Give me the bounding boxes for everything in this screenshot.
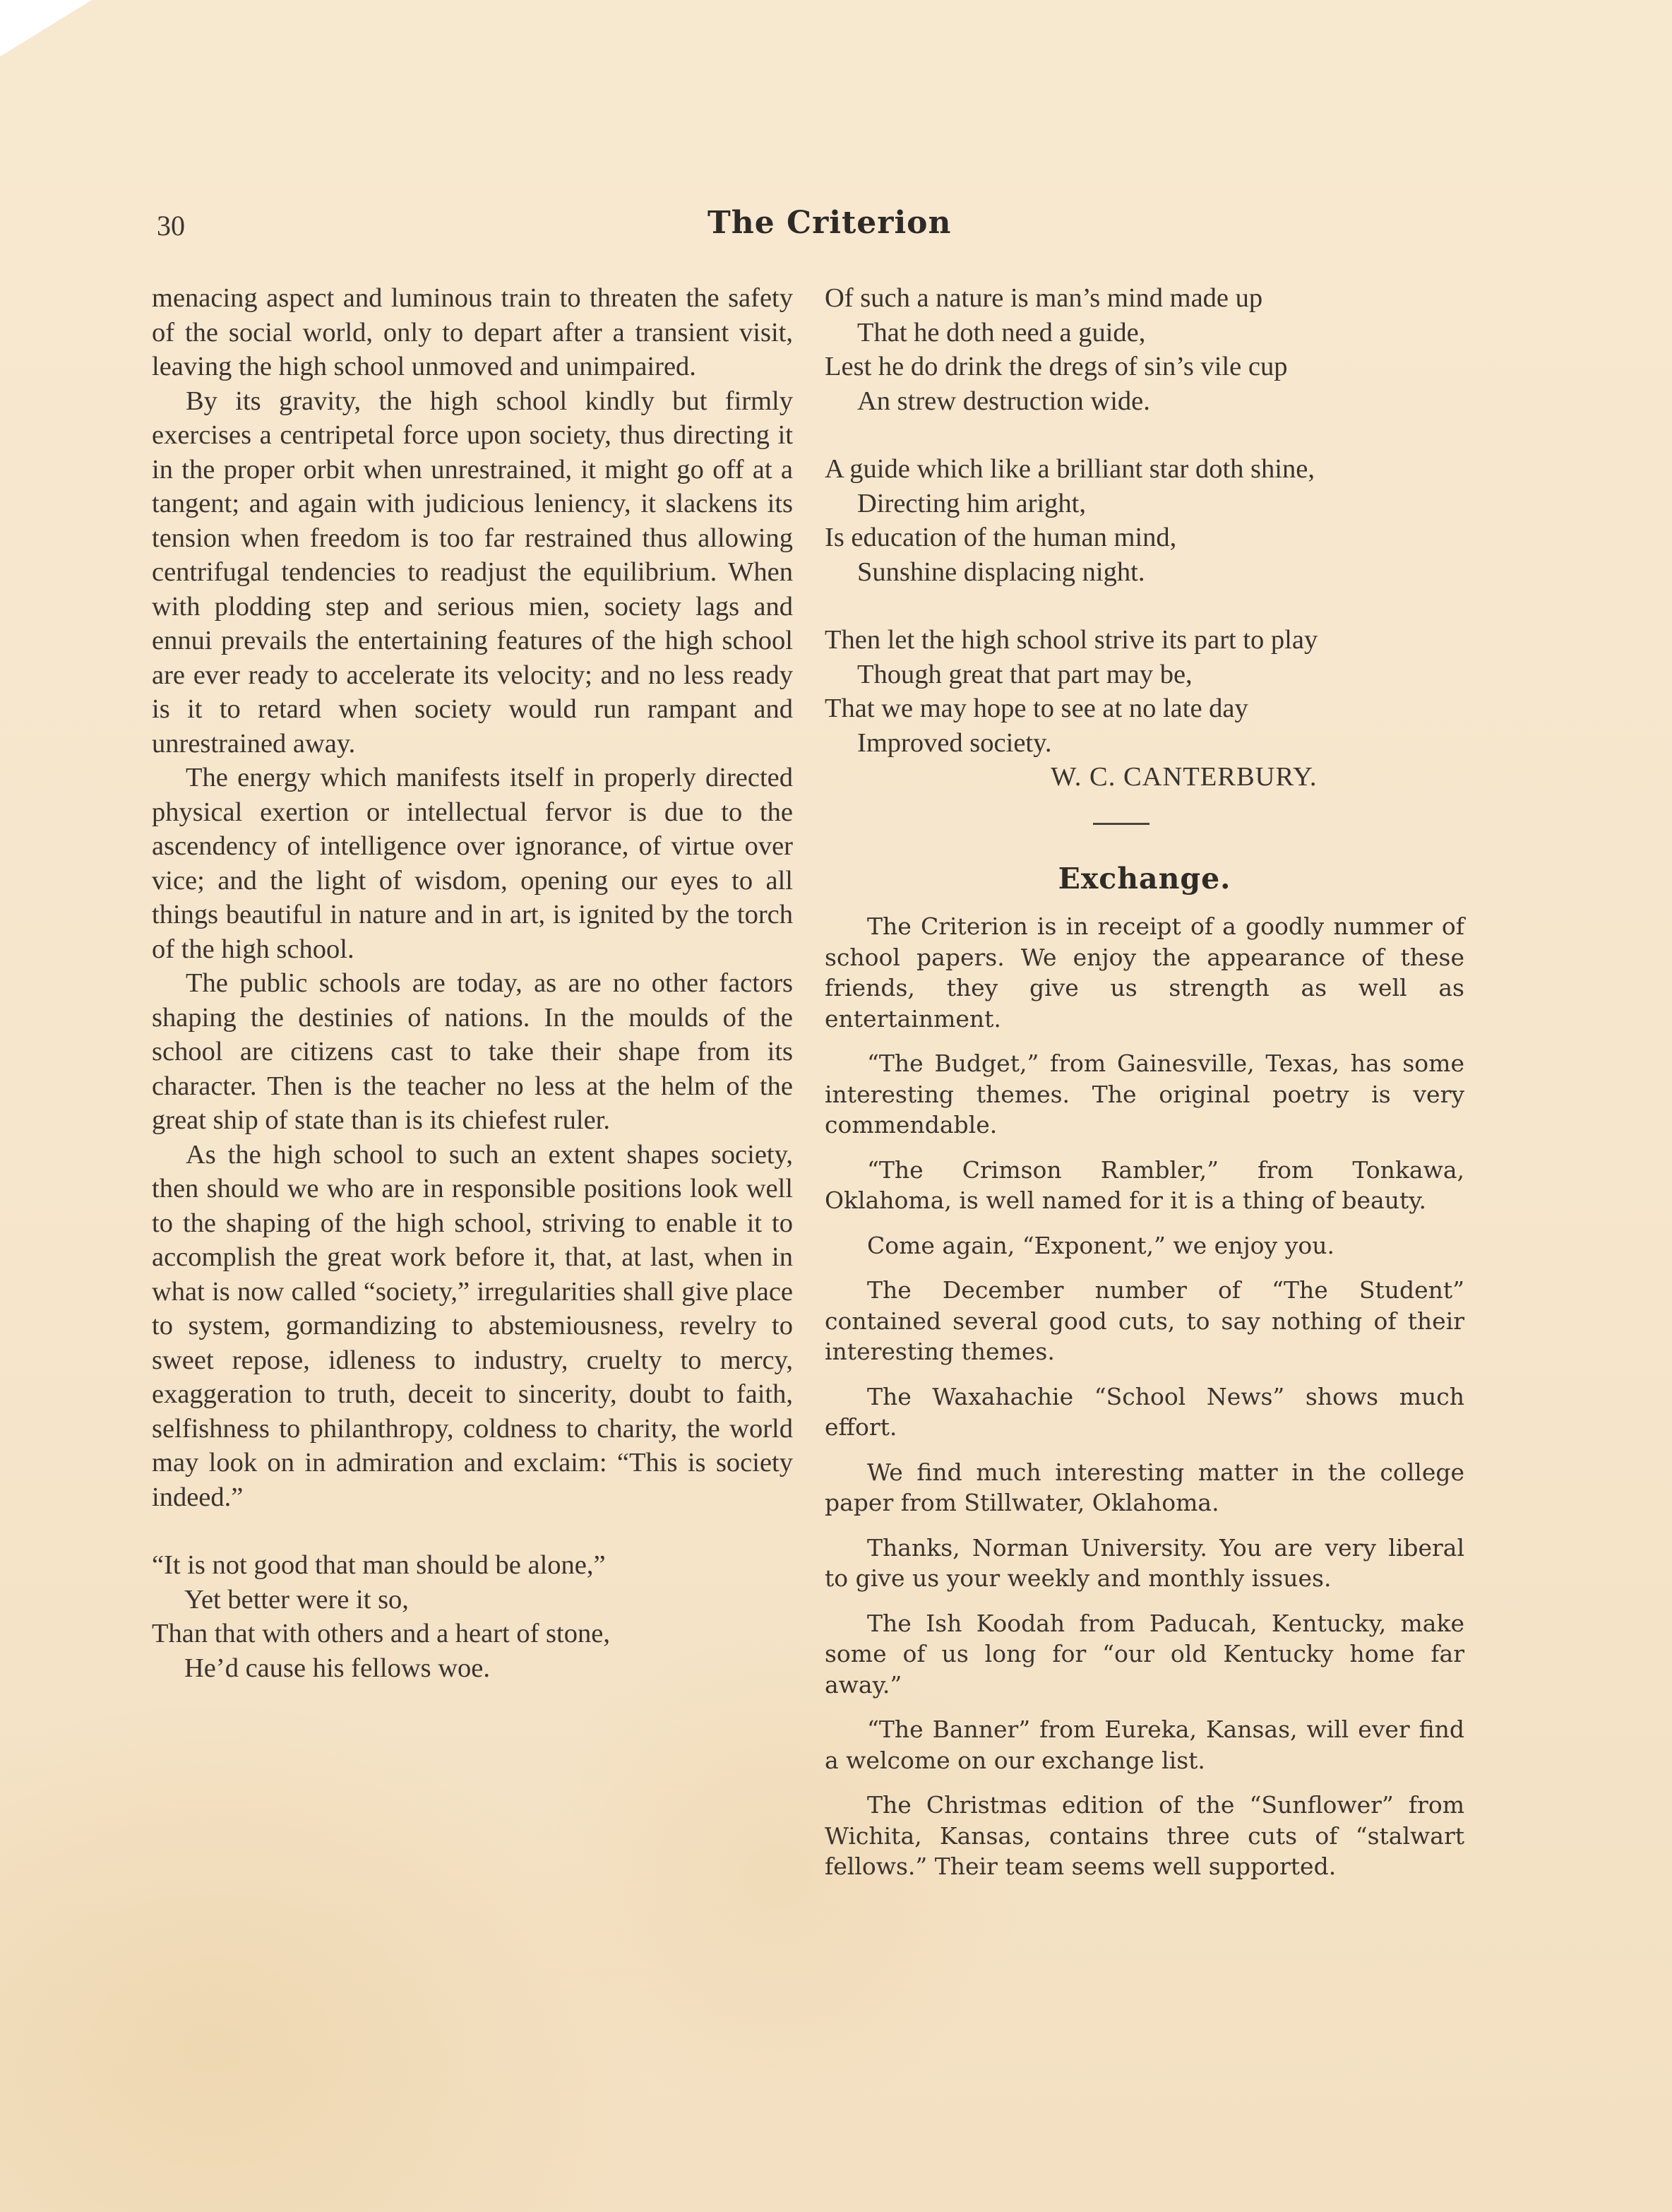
essay-paragraph: As the high school to such an extent sha… (152, 1138, 793, 1515)
section-divider (1093, 823, 1149, 825)
poem-stanza: Of such a nature is man’s mind made up T… (825, 281, 1464, 418)
verse-line: Directing him aright, (825, 487, 1464, 521)
exchange-paragraph: The Waxahachie “School News” shows much … (825, 1381, 1464, 1443)
verse-line: An strew destruction wide. (825, 384, 1464, 419)
verse-line: Than that with others and a heart of sto… (152, 1617, 793, 1651)
torn-corner (0, 0, 92, 57)
verse-line: Of such a nature is man’s mind made up (825, 281, 1464, 316)
exchange-paragraph: The Criterion is in receipt of a goodly … (825, 911, 1464, 1034)
verse-line: “It is not good that man should be alone… (152, 1548, 793, 1583)
exchange-paragraph: The Ish Koodah from Paducah, Kentucky, m… (825, 1608, 1464, 1701)
poem-stanza: A guide which like a brilliant star doth… (825, 452, 1464, 589)
poem-stanza: Then let the high school strive its part… (825, 623, 1464, 760)
verse-line: A guide which like a brilliant star doth… (825, 452, 1464, 487)
verse-line: Sunshine displacing night. (825, 555, 1464, 590)
exchange-paragraph: “The Budget,” from Gainesville, Texas, h… (825, 1048, 1464, 1141)
verse-line: That we may hope to see at no late day (825, 691, 1464, 726)
verse-line: Though great that part may be, (825, 658, 1464, 692)
exchange-paragraph: Come again, “Exponent,” we enjoy you. (825, 1230, 1464, 1261)
verse-line: He’d cause his fellows woe. (152, 1651, 793, 1686)
page-header: 30 The Criterion (157, 205, 1470, 247)
verse-line: Is education of the human mind, (825, 521, 1464, 555)
verse-line: Lest he do drink the dregs of sin’s vile… (825, 350, 1464, 384)
essay-paragraph: The energy which manifests itself in pro… (152, 761, 793, 966)
left-column: menacing aspect and luminous train to th… (152, 281, 793, 1685)
author-signature: W. C. CANTERBURY. (825, 760, 1464, 795)
running-title: The Criterion (707, 205, 952, 241)
exchange-paragraph: “The Crimson Rambler,” from Tonkawa, Okl… (825, 1155, 1464, 1216)
exchange-paragraph: “The Banner” from Eureka, Kansas, will e… (825, 1714, 1464, 1776)
poem-stanza: “It is not good that man should be alone… (152, 1548, 793, 1685)
right-column: Of such a nature is man’s mind made up T… (825, 281, 1464, 1896)
exchange-paragraph: Thanks, Norman University. You are very … (825, 1533, 1464, 1594)
section-title-exchange: Exchange. (825, 862, 1464, 896)
exchange-paragraph: We find much interesting matter in the c… (825, 1457, 1464, 1518)
verse-line: Yet better were it so, (152, 1583, 793, 1617)
essay-paragraph: The public schools are today, as are no … (152, 966, 793, 1138)
essay-paragraph: menacing aspect and luminous train to th… (152, 281, 793, 384)
essay-paragraph: By its gravity, the high school kindly b… (152, 384, 793, 761)
exchange-paragraph: The December number of “The Student” con… (825, 1275, 1464, 1367)
verse-line: Then let the high school strive its part… (825, 623, 1464, 658)
verse-line: Improved society. (825, 726, 1464, 761)
exchange-section: The Criterion is in receipt of a goodly … (825, 911, 1464, 1882)
exchange-paragraph: The Christmas edition of the “Sunflower”… (825, 1790, 1464, 1882)
page-number: 30 (157, 209, 185, 242)
verse-line: That he doth need a guide, (825, 316, 1464, 350)
